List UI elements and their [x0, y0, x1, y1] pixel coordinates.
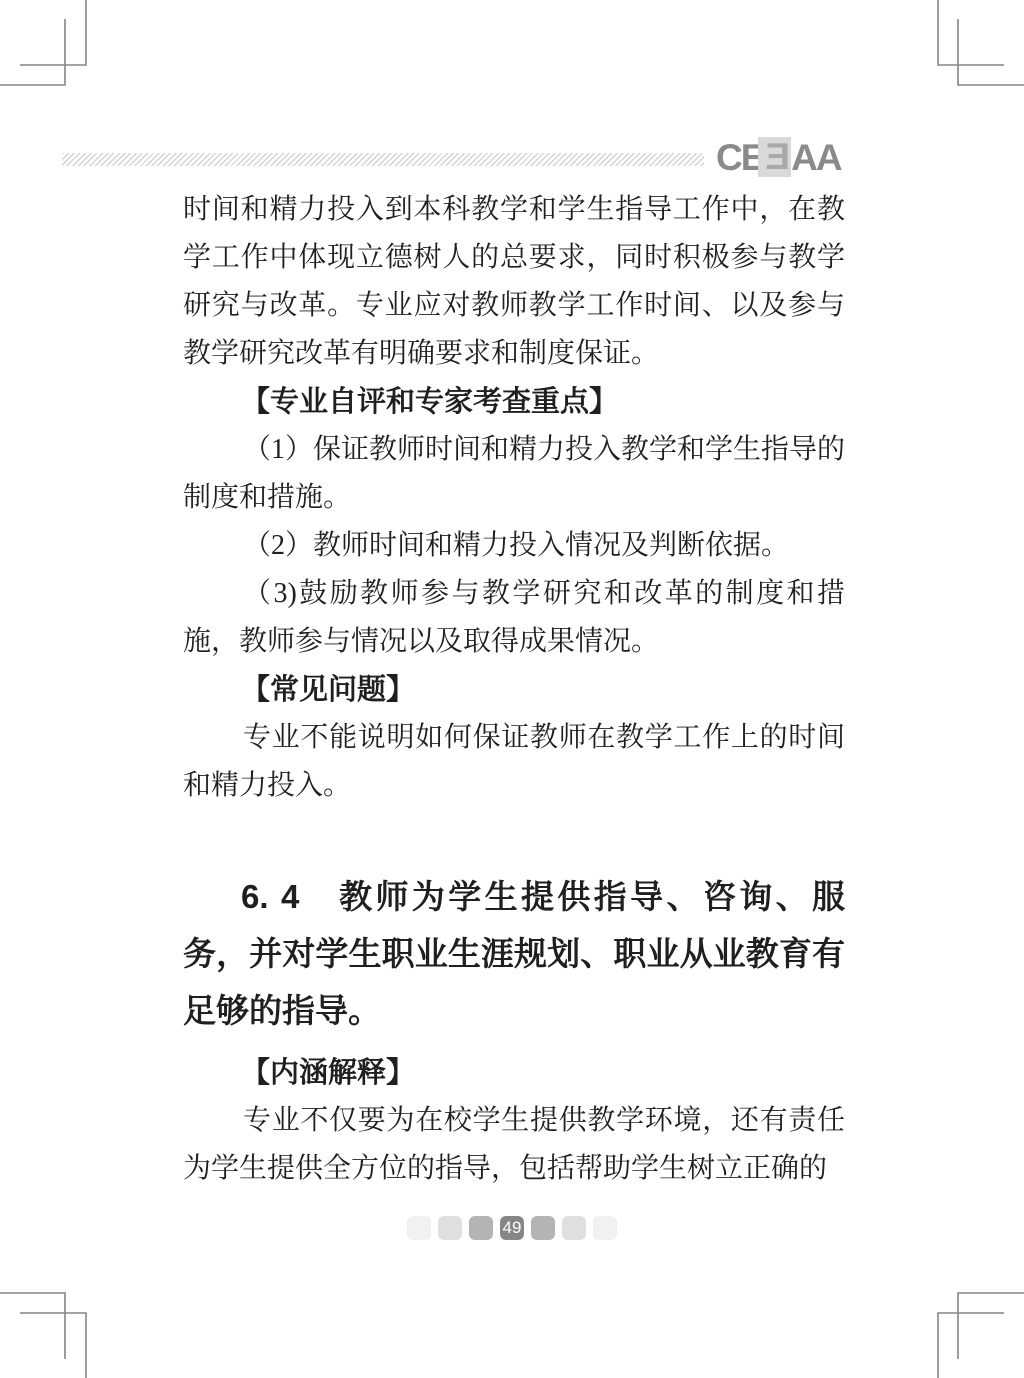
page-number-badge: 49 [500, 1216, 524, 1240]
heading-self-review-focus: 【专业自评和专家考查重点】 [183, 378, 845, 426]
page-body: 时间和精力投入到本科教学和学生指导工作中，在教学工作中体现立德树人的总要求，同时… [183, 186, 845, 1193]
page-indicator-square [531, 1216, 555, 1240]
list-item-3: （3)鼓励教师参与教学研究和改革的制度和措施，教师参与情况以及取得成果情况。 [183, 570, 845, 666]
heading-connotation: 【内涵解释】 [183, 1049, 845, 1097]
header-hatched-rule [62, 153, 704, 166]
page-indicator-square [593, 1216, 617, 1240]
pagination: 49 [0, 1216, 1024, 1240]
crop-mark-bottom-left [0, 1293, 86, 1378]
page-indicator-square [562, 1216, 586, 1240]
crop-mark-bottom-right [938, 1293, 1024, 1378]
paragraph-common-problems: 专业不能说明如何保证教师在教学工作上的时间和精力投入。 [183, 714, 845, 810]
page-indicator-square [469, 1216, 493, 1240]
crop-mark-top-right [938, 0, 1024, 85]
list-item-2: （2）教师时间和精力投入情况及判断依据。 [183, 522, 845, 570]
crop-mark-top-left [0, 0, 86, 85]
logo-box: Ǝ [758, 137, 791, 177]
page-indicator-square [407, 1216, 431, 1240]
heading-common-problems: 【常见问题】 [183, 666, 845, 714]
list-item-1: （1）保证教师时间和精力投入教学和学生指导的制度和措施。 [183, 426, 845, 522]
logo-letter-e-reversed: Ǝ [765, 136, 788, 177]
paragraph-connotation: 专业不仅要为在校学生提供教学环境，还有责任为学生提供全方位的指导，包括帮助学生树… [183, 1097, 845, 1193]
page-indicator-square [438, 1216, 462, 1240]
section-heading-6-4: 6. 4 教师为学生提供指导、咨询、服务，并对学生职业生涯规划、职业从业教育有足… [183, 868, 845, 1039]
logo-letters-aa: AA [791, 139, 840, 176]
document-page: CEƎAA 时间和精力投入到本科教学和学生指导工作中，在教学工作中体现立德树人的… [0, 0, 1024, 1378]
paragraph-continuation: 时间和精力投入到本科教学和学生指导工作中，在教学工作中体现立德树人的总要求，同时… [183, 186, 845, 378]
ceeaa-logo: CEƎAA [716, 137, 841, 177]
logo-letter-c: C [716, 139, 741, 176]
